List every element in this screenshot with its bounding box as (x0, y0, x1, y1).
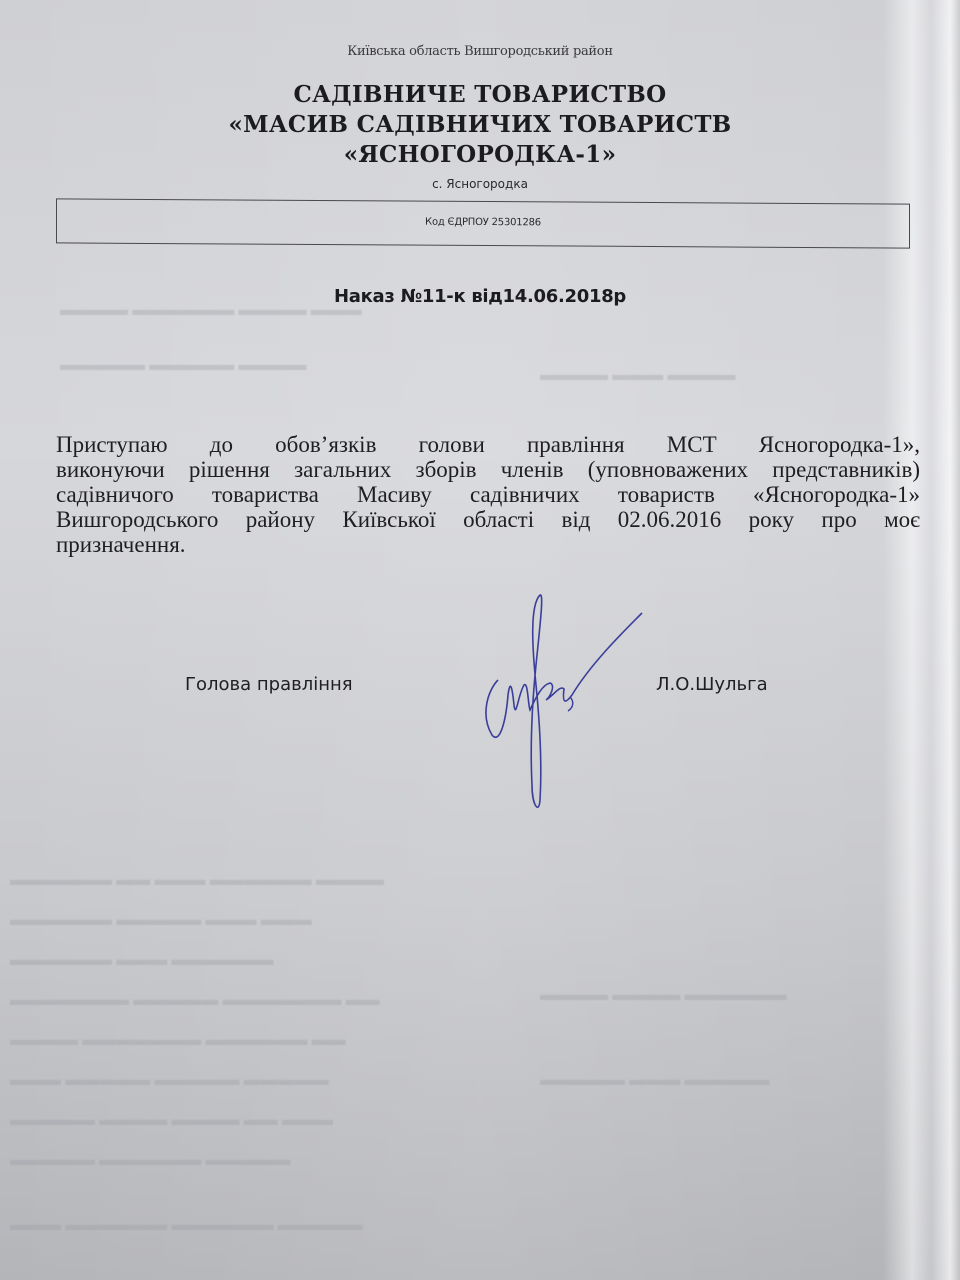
handwritten-signature (470, 585, 660, 815)
bleed-through-text: ▬▬▬▬▬ ▬▬▬▬▬▬ ▬▬▬▬▬ (10, 1150, 291, 1170)
bleed-through-text: ▬▬▬▬ ▬▬▬▬▬▬▬ ▬▬▬▬▬▬ ▬▬ (10, 1030, 346, 1050)
edrpou-code-box: Код ЄДРПОУ 25301286 (56, 198, 910, 248)
bleed-through-text: ▬▬▬ ▬▬▬▬▬▬ ▬▬▬▬▬▬ ▬▬▬▬▬ (10, 1215, 363, 1235)
signatory-role: Голова правління (185, 674, 353, 695)
bleed-through-text: ▬▬▬▬▬▬ ▬▬ ▬▬▬ ▬▬▬▬▬▬ ▬▬▬▬ (10, 870, 384, 890)
bleed-through-text: ▬▬▬▬ ▬▬▬ ▬▬▬▬ (540, 365, 736, 385)
edrpou-code: Код ЄДРПОУ 25301286 (57, 214, 909, 230)
signatory-name: Л.О.Шульга (656, 674, 768, 695)
body-line: виконуючи рішення загальних зборів члені… (56, 457, 920, 482)
org-title-line-1: САДІВНИЧЕ ТОВАРИСТВО (0, 80, 960, 110)
bleed-through-text: ▬▬▬▬▬▬ ▬▬▬▬▬ ▬▬▬ ▬▬▬ (10, 910, 312, 930)
organization-title: САДІВНИЧЕ ТОВАРИСТВО «МАСИВ САДІВНИЧИХ Т… (0, 80, 960, 170)
bleed-through-text: ▬▬▬▬▬▬▬ ▬▬▬▬▬ ▬▬▬▬▬▬▬ ▬▬ (10, 990, 380, 1010)
document-page: ▬▬▬▬ ▬▬▬▬▬▬ ▬▬▬▬ ▬▬▬ ▬▬▬▬▬ ▬▬▬▬▬ ▬▬▬▬ ▬▬… (0, 0, 960, 1280)
body-line: Приступаю до обов’язків голови правління… (56, 432, 920, 457)
body-line: садівничого товариства Масиву садівничих… (56, 482, 920, 507)
body-line: призначення. (56, 532, 920, 557)
body-line: Вишгородського району Київської області … (56, 507, 920, 532)
bleed-through-text: ▬▬▬▬▬ ▬▬▬▬ ▬▬▬▬ ▬▬ ▬▬▬ (10, 1110, 333, 1130)
org-title-line-3: «ЯСНОГОРОДКА-1» (0, 140, 960, 170)
org-title-line-2: «МАСИВ САДІВНИЧИХ ТОВАРИСТВ (0, 110, 960, 140)
bleed-through-text: ▬▬▬▬▬ ▬▬▬ ▬▬▬▬▬ (540, 1070, 770, 1090)
bleed-through-text: ▬▬▬ ▬▬▬▬▬ ▬▬▬▬▬ ▬▬▬▬▬ (10, 1070, 329, 1090)
bleed-through-text: ▬▬▬▬▬▬ ▬▬▬ ▬▬▬▬▬▬ (10, 950, 274, 970)
region-line: Київська область Вишгородський район (0, 44, 960, 59)
bleed-through-text: ▬▬▬▬▬ ▬▬▬▬▬ ▬▬▬▬ (60, 355, 307, 375)
village-name: с. Ясногородка (0, 177, 960, 191)
order-body: Приступаю до обов’язків голови правління… (56, 432, 920, 557)
order-title: Наказ №11-к від14.06.2018р (0, 286, 960, 307)
bleed-through-text: ▬▬▬▬ ▬▬▬▬ ▬▬▬▬▬▬ (540, 985, 787, 1005)
